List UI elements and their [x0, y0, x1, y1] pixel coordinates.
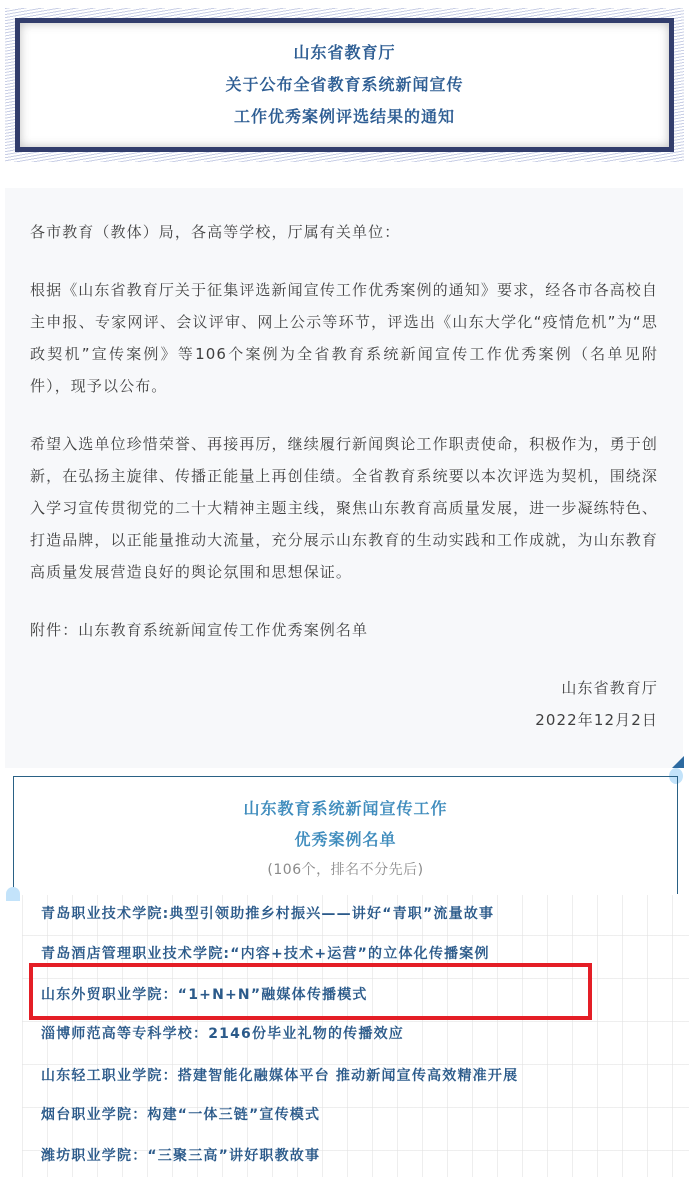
- spacer: [30, 646, 658, 672]
- list-item: 淄博师范高等专科学校：2146份毕业礼物的传播效应: [41, 1023, 404, 1043]
- signature: 山东省教育厅: [30, 672, 658, 704]
- semicircle-decoration-icon: [6, 887, 20, 901]
- list-item: 潍坊职业学院：“三聚三高”讲好职教故事: [41, 1145, 320, 1165]
- salutation: 各市教育（教体）局，各高等学校，厅属有关单位：: [30, 216, 658, 248]
- title-frame: 山东省教育厅 关于公布全省教育系统新闻宣传 工作优秀案例评选结果的通知: [15, 18, 674, 152]
- highlight-annotation-box: [29, 963, 592, 1020]
- list-item: 烟台职业学院：构建“一体三链”宣传模式: [41, 1104, 320, 1124]
- issue-date: 2022年12月2日: [30, 704, 658, 736]
- title-line-subject-2: 工作优秀案例评选结果的通知: [234, 101, 455, 133]
- case-list-header: 山东教育系统新闻宣传工作 优秀案例名单 (106个，排名不分先后): [13, 776, 678, 894]
- paragraph-basis: 根据《山东省教育厅关于征集评选新闻宣传工作优秀案例的通知》要求，经各市各高校自主…: [30, 274, 658, 402]
- corner-triangle-decoration: [672, 756, 684, 768]
- attachment-note: 附件：山东教育系统新闻宣传工作优秀案例名单: [30, 614, 658, 646]
- spacer: [30, 402, 658, 428]
- list-item: 青岛酒店管理职业技术学院:“内容+技术+运营”的立体化传播案例: [41, 943, 490, 963]
- list-subtitle: (106个，排名不分先后): [14, 855, 677, 885]
- list-item: 山东轻工职业学院：搭建智能化融媒体平台 推动新闻宣传高效精准开展: [41, 1065, 518, 1085]
- title-banner: 山东省教育厅 关于公布全省教育系统新闻宣传 工作优秀案例评选结果的通知: [5, 8, 684, 162]
- spacer: [30, 588, 658, 614]
- title-line-issuer: 山东省教育厅: [293, 37, 395, 69]
- list-title-line-1: 山东教育系统新闻宣传工作: [14, 793, 677, 824]
- title-line-subject-1: 关于公布全省教育系统新闻宣传: [225, 69, 463, 101]
- paragraph-expectation: 希望入选单位珍惜荣誉、再接再厉，继续履行新闻舆论工作职责使命，积极作为，勇于创新…: [30, 428, 658, 588]
- notice-body: 各市教育（教体）局，各高等学校，厅属有关单位： 根据《山东省教育厅关于征集评选新…: [5, 188, 683, 768]
- list-title-line-2: 优秀案例名单: [14, 824, 677, 855]
- spacer: [30, 248, 658, 274]
- list-item: 青岛职业技术学院:典型引领助推乡村振兴——讲好“青职”流量故事: [41, 903, 494, 923]
